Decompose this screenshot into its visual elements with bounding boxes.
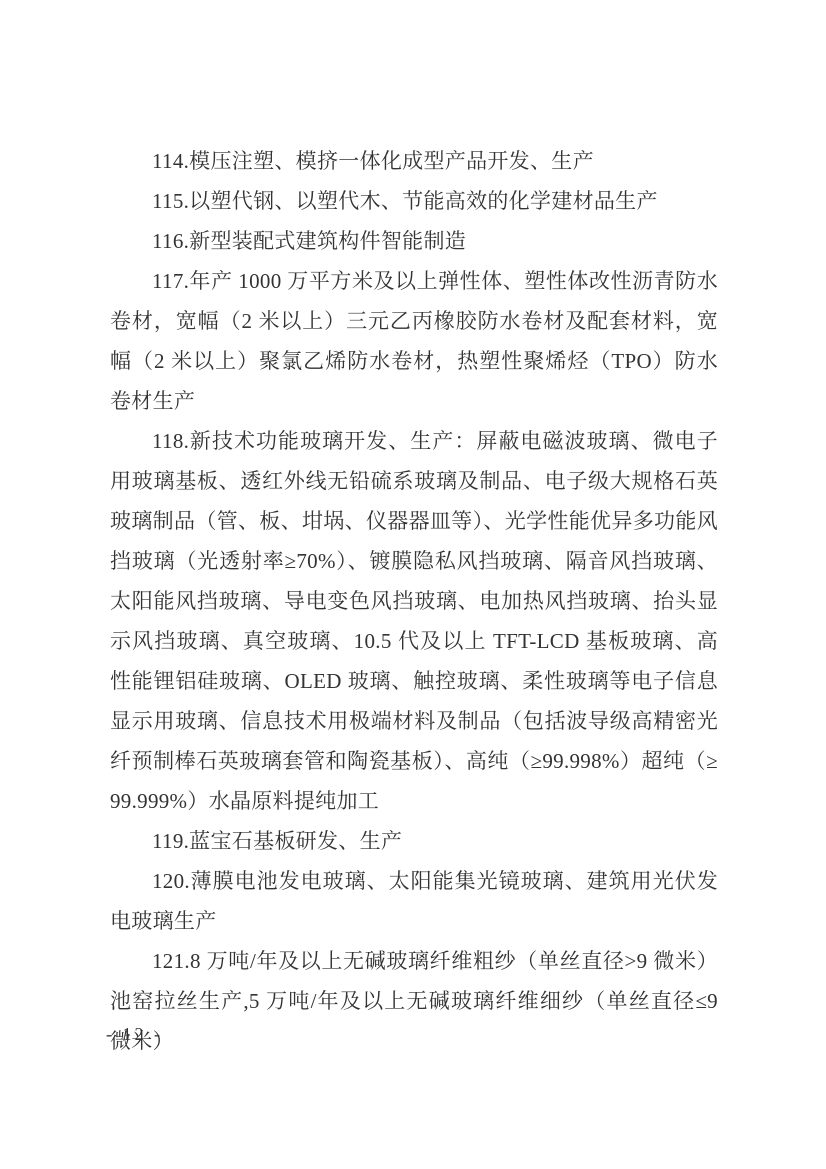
catalog-item-120: 120.薄膜电池发电玻璃、太阳能集光镜玻璃、建筑用光伏发电玻璃生产	[110, 861, 718, 941]
catalog-item-115: 115.以塑代钢、以塑代木、节能高效的化学建材品生产	[110, 181, 718, 221]
catalog-item-119: 119.蓝宝石基板研发、生产	[110, 821, 718, 861]
catalog-item-121: 121.8 万吨/年及以上无碱玻璃纤维粗纱（单丝直径>9 微米）池窑拉丝生产,5…	[110, 941, 718, 1061]
catalog-item-118: 118.新技术功能玻璃开发、生产：屏蔽电磁波玻璃、微电子用玻璃基板、透红外线无铅…	[110, 421, 718, 821]
page-number: - 12 -	[106, 1022, 163, 1046]
document-body: 114.模压注塑、模挤一体化成型产品开发、生产 115.以塑代钢、以塑代木、节能…	[110, 141, 718, 1061]
document-page: 114.模压注塑、模挤一体化成型产品开发、生产 115.以塑代钢、以塑代木、节能…	[0, 0, 826, 1169]
catalog-item-117: 117.年产 1000 万平方米及以上弹性体、塑性体改性沥青防水卷材，宽幅（2 …	[110, 261, 718, 421]
catalog-item-116: 116.新型装配式建筑构件智能制造	[110, 221, 718, 261]
catalog-item-114: 114.模压注塑、模挤一体化成型产品开发、生产	[110, 141, 718, 181]
